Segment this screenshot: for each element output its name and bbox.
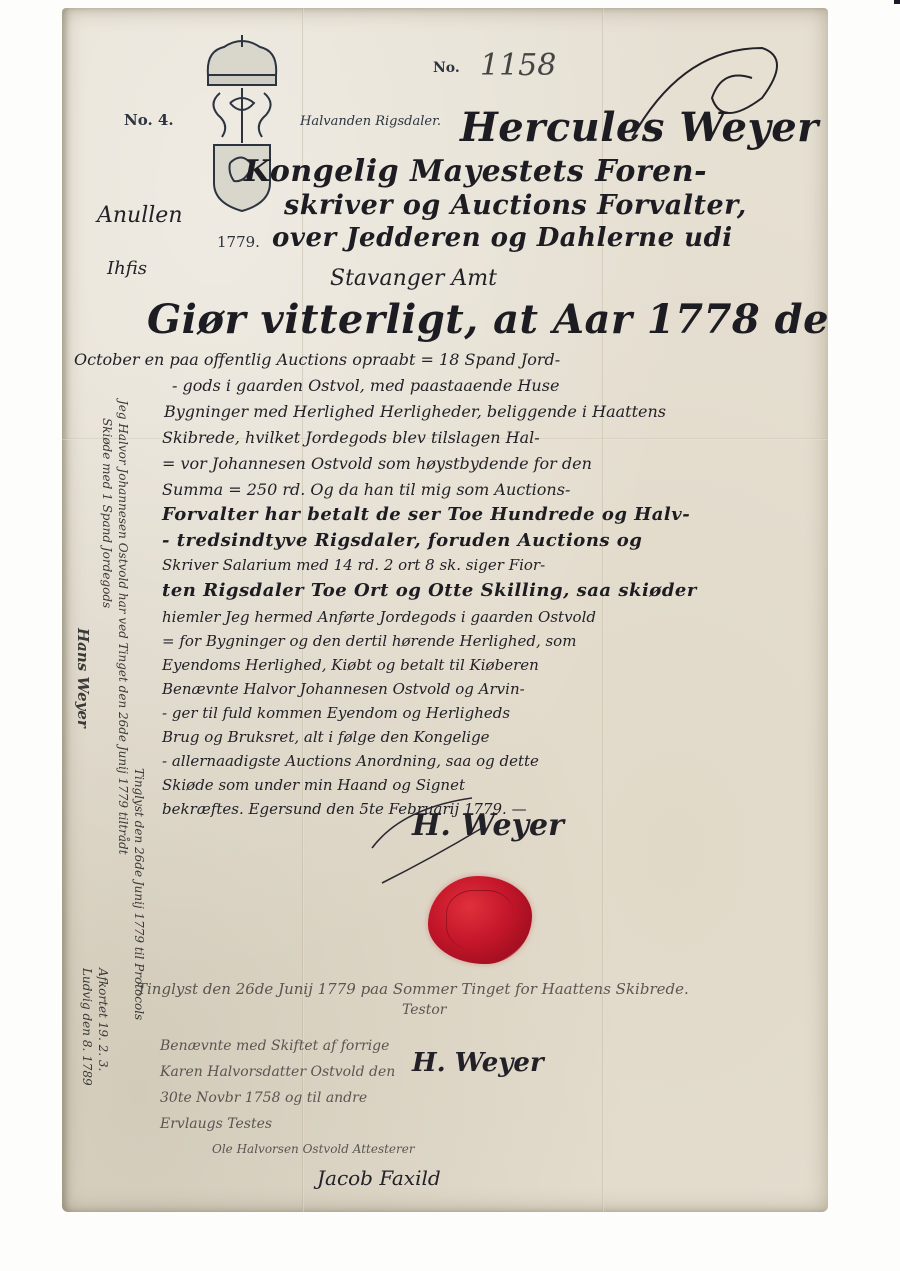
annotation-line: Ervlaugs Testes	[160, 1116, 272, 1132]
body-line: Skibrede, hvilket Jordegods blev tilslag…	[162, 428, 540, 447]
annotation-line: Karen Halvorsdatter Ostvold den	[160, 1064, 395, 1080]
body-line: - ger til fuld kommen Eyendom og Herligh…	[162, 704, 510, 722]
body-line: Bygninger med Herlighed Herligheder, bel…	[164, 402, 666, 421]
body-line: October en paa offentlig Auctions opraab…	[74, 350, 560, 369]
body-line: Skriver Salarium med 14 rd. 2 ort 8 sk. …	[162, 556, 545, 574]
title-line: skriver og Auctions Forvalter,	[284, 190, 747, 221]
annotation-line: Benævnte med Skiftet af forrige	[160, 1038, 389, 1054]
registration-attest: Testor	[402, 1002, 446, 1018]
body-line: Eyendoms Herlighed, Kiøbt og betalt til …	[162, 656, 539, 674]
witness-line: Ole Halvorsen Ostvold Attesterer	[212, 1142, 415, 1156]
margin-vertical-note: Afkortet 19. 2. 3.	[96, 968, 110, 1071]
margin-vertical-signature: Hans Weyer	[74, 628, 92, 728]
body-line: ten Rigsdaler Toe Ort og Otte Skilling, …	[162, 580, 697, 601]
body-line: - tredsindtyve Rigsdaler, foruden Auctio…	[162, 530, 642, 551]
margin-note: Ihfis	[107, 258, 147, 279]
body-line: - allernaadigste Auctions Anordning, saa…	[162, 752, 539, 770]
margin-note: Anullen	[97, 203, 183, 228]
margin-vertical-note: Tinglyst den 26de Junij 1779 til Protoco…	[132, 768, 146, 1020]
document-page: No. 4. Halvanden Rigsdaler. 1779. No. 11…	[62, 8, 828, 1212]
number-field-value: 1158	[480, 48, 556, 83]
stamp-year: 1779.	[217, 233, 260, 251]
opening-line: Giør vitterligt, at Aar 1778 den 24de	[147, 296, 828, 343]
registration-line: Tinglyst den 26de Junij 1779 paa Sommer …	[137, 980, 689, 998]
body-line: Forvalter har betalt de ser Toe Hundrede…	[162, 504, 690, 525]
number-field-label: No.	[433, 60, 460, 76]
annotation-line: 30te Novbr 1758 og til andre	[160, 1090, 367, 1106]
registration-signature: H. Weyer	[412, 1048, 544, 1078]
body-line: = for Bygninger og den dertil hørende He…	[162, 632, 576, 650]
margin-vertical-note: Skiøde med 1 Spand Jordegods	[100, 418, 114, 608]
body-line: Benævnte Halvor Johannesen Ostvold og Ar…	[162, 680, 525, 698]
body-line: hiemler Jeg hermed Anførte Jordegods i g…	[162, 608, 596, 626]
issuer-name: Hercules Weyer	[460, 104, 819, 151]
corner-mark	[894, 0, 900, 4]
title-line: Stavanger Amt	[330, 266, 497, 291]
body-line: Summa = 250 rd. Og da han til mig som Au…	[162, 480, 570, 499]
body-line: Brug og Bruksret, alt i følge den Kongel…	[162, 728, 490, 746]
title-line: Kongelig Mayestets Foren-	[244, 154, 707, 189]
body-line: - gods i gaarden Ostvol, med paastaaende…	[172, 376, 559, 395]
red-wax-seal-icon	[428, 876, 532, 964]
stamp-number: No. 4.	[124, 111, 174, 129]
stamp-value: Halvanden Rigsdaler.	[300, 114, 441, 129]
signature-flourish-icon	[362, 788, 502, 888]
body-line: = vor Johannesen Ostvold som høystbydend…	[162, 454, 592, 473]
margin-vertical-note: Jeg Halvor Johannesen Ostvold har ved Ti…	[116, 400, 130, 855]
margin-vertical-note: Ludvig den 8. 1789	[80, 968, 94, 1086]
title-line: over Jedderen og Dahlerne udi	[272, 223, 733, 253]
witness-signature: Jacob Faxild	[317, 1166, 441, 1190]
